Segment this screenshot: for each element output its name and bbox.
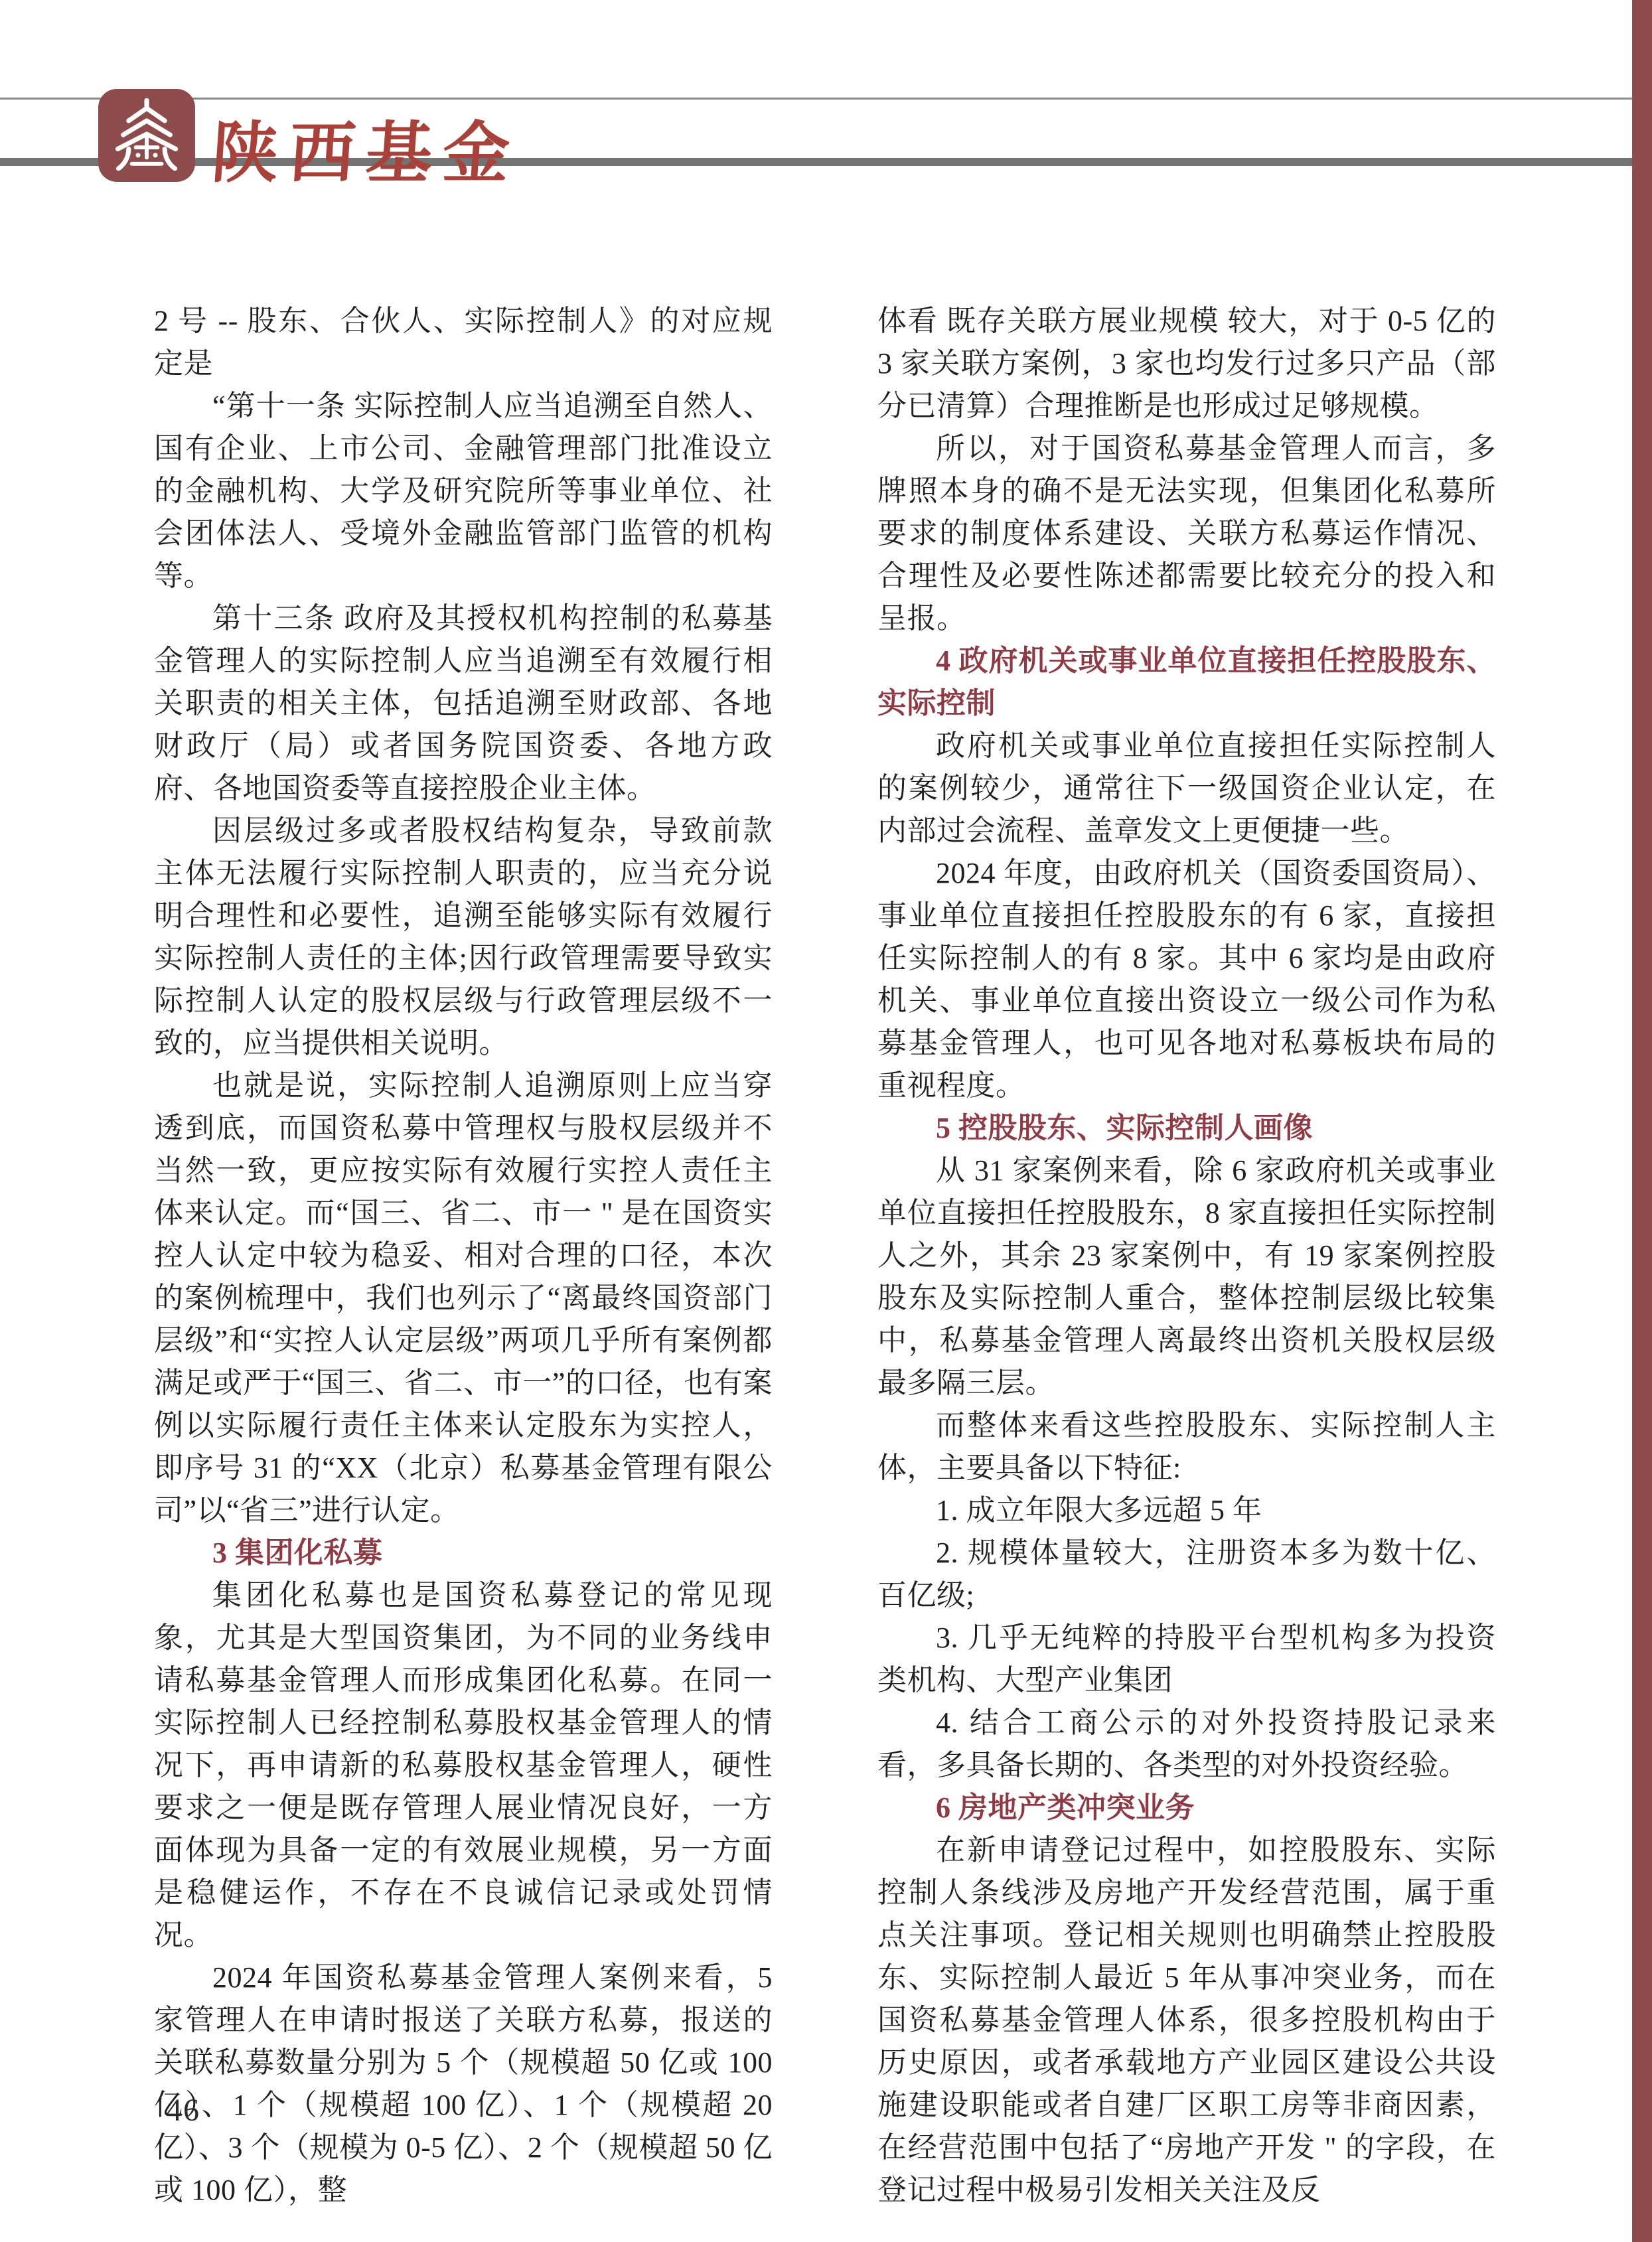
page-number: 46 bbox=[166, 2092, 200, 2129]
paragraph: 2 号 -- 股东、合伙人、实际控制人》的对应规定是 bbox=[154, 300, 773, 385]
paragraph: 在新申请登记过程中，如控股股东、实际控制人条线涉及房地产开发经营范围，属于重点关… bbox=[877, 1829, 1496, 2211]
magazine-page: { "header": { "brand_title": "陕西基金", "lo… bbox=[0, 0, 1652, 2242]
paragraph: 2024 年国资私募基金管理人案例来看，5 家管理人在申请时报送了关联方私募，报… bbox=[154, 1957, 773, 2211]
page-edge-band bbox=[1632, 0, 1652, 2242]
paragraph: 从 31 家案例来看，除 6 家政府机关或事业单位直接担任控股股东，8 家直接担… bbox=[877, 1150, 1496, 1404]
paragraph: 集团化私募也是国资私募登记的常见现象，尤其是大型国资集团，为不同的业务线申请私募… bbox=[154, 1574, 773, 1957]
right-column: 体看 既存关联方展业规模 较大，对于 0-5 亿的 3 家关联方案例，3 家也均… bbox=[877, 300, 1496, 2211]
paragraph: 而整体来看这些控股股东、实际控制人主体，主要具备以下特征: bbox=[877, 1404, 1496, 1489]
section-heading: 3 集团化私募 bbox=[154, 1532, 773, 1574]
brand-logo bbox=[98, 89, 195, 182]
paragraph: 所以，对于国资私募基金管理人而言，多牌照本身的确不是无法实现，但集团化私募所要求… bbox=[877, 427, 1496, 640]
section-heading: 4 政府机关或事业单位直接担任控股股东、实际控制 bbox=[877, 640, 1496, 725]
section-heading: 5 控股股东、实际控制人画像 bbox=[877, 1107, 1496, 1150]
paragraph: 4. 结合工商公示的对外投资持股记录来看，多具备长期的、各类型的对外投资经验。 bbox=[877, 1702, 1496, 1787]
paragraph: 体看 既存关联方展业规模 较大，对于 0-5 亿的 3 家关联方案例，3 家也均… bbox=[877, 300, 1496, 427]
paragraph: “第十一条 实际控制人应当追溯至自然人、国有企业、上市公司、金融管理部门批准设立… bbox=[154, 385, 773, 597]
paragraph: 政府机关或事业单位直接担任实际控制人的案例较少，通常往下一级国资企业认定，在内部… bbox=[877, 725, 1496, 852]
left-column: 2 号 -- 股东、合伙人、实际控制人》的对应规定是“第十一条 实际控制人应当追… bbox=[154, 300, 773, 2211]
brand-title: 陕西基金 bbox=[209, 100, 524, 195]
paragraph: 第十三条 政府及其授权机构控制的私募基金管理人的实际控制人应当追溯至有效履行相关… bbox=[154, 597, 773, 810]
paragraph: 2. 规模体量较大，注册资本多为数十亿、百亿级; bbox=[877, 1532, 1496, 1617]
section-heading: 6 房地产类冲突业务 bbox=[877, 1787, 1496, 1829]
paragraph: 1. 成立年限大多远超 5 年 bbox=[877, 1489, 1496, 1532]
paragraph: 因层级过多或者股权结构复杂，导致前款主体无法履行实际控制人职责的，应当充分说明合… bbox=[154, 810, 773, 1065]
paragraph: 3. 几乎无纯粹的持股平台型机构多为投资类机构、大型产业集团 bbox=[877, 1617, 1496, 1702]
paragraph: 2024 年度，由政府机关（国资委国资局）、事业单位直接担任控股股东的有 6 家… bbox=[877, 852, 1496, 1107]
paragraph: 也就是说，实际控制人追溯原则上应当穿透到底，而国资私募中管理权与股权层级并不当然… bbox=[154, 1065, 773, 1532]
pagoda-icon bbox=[108, 95, 186, 177]
